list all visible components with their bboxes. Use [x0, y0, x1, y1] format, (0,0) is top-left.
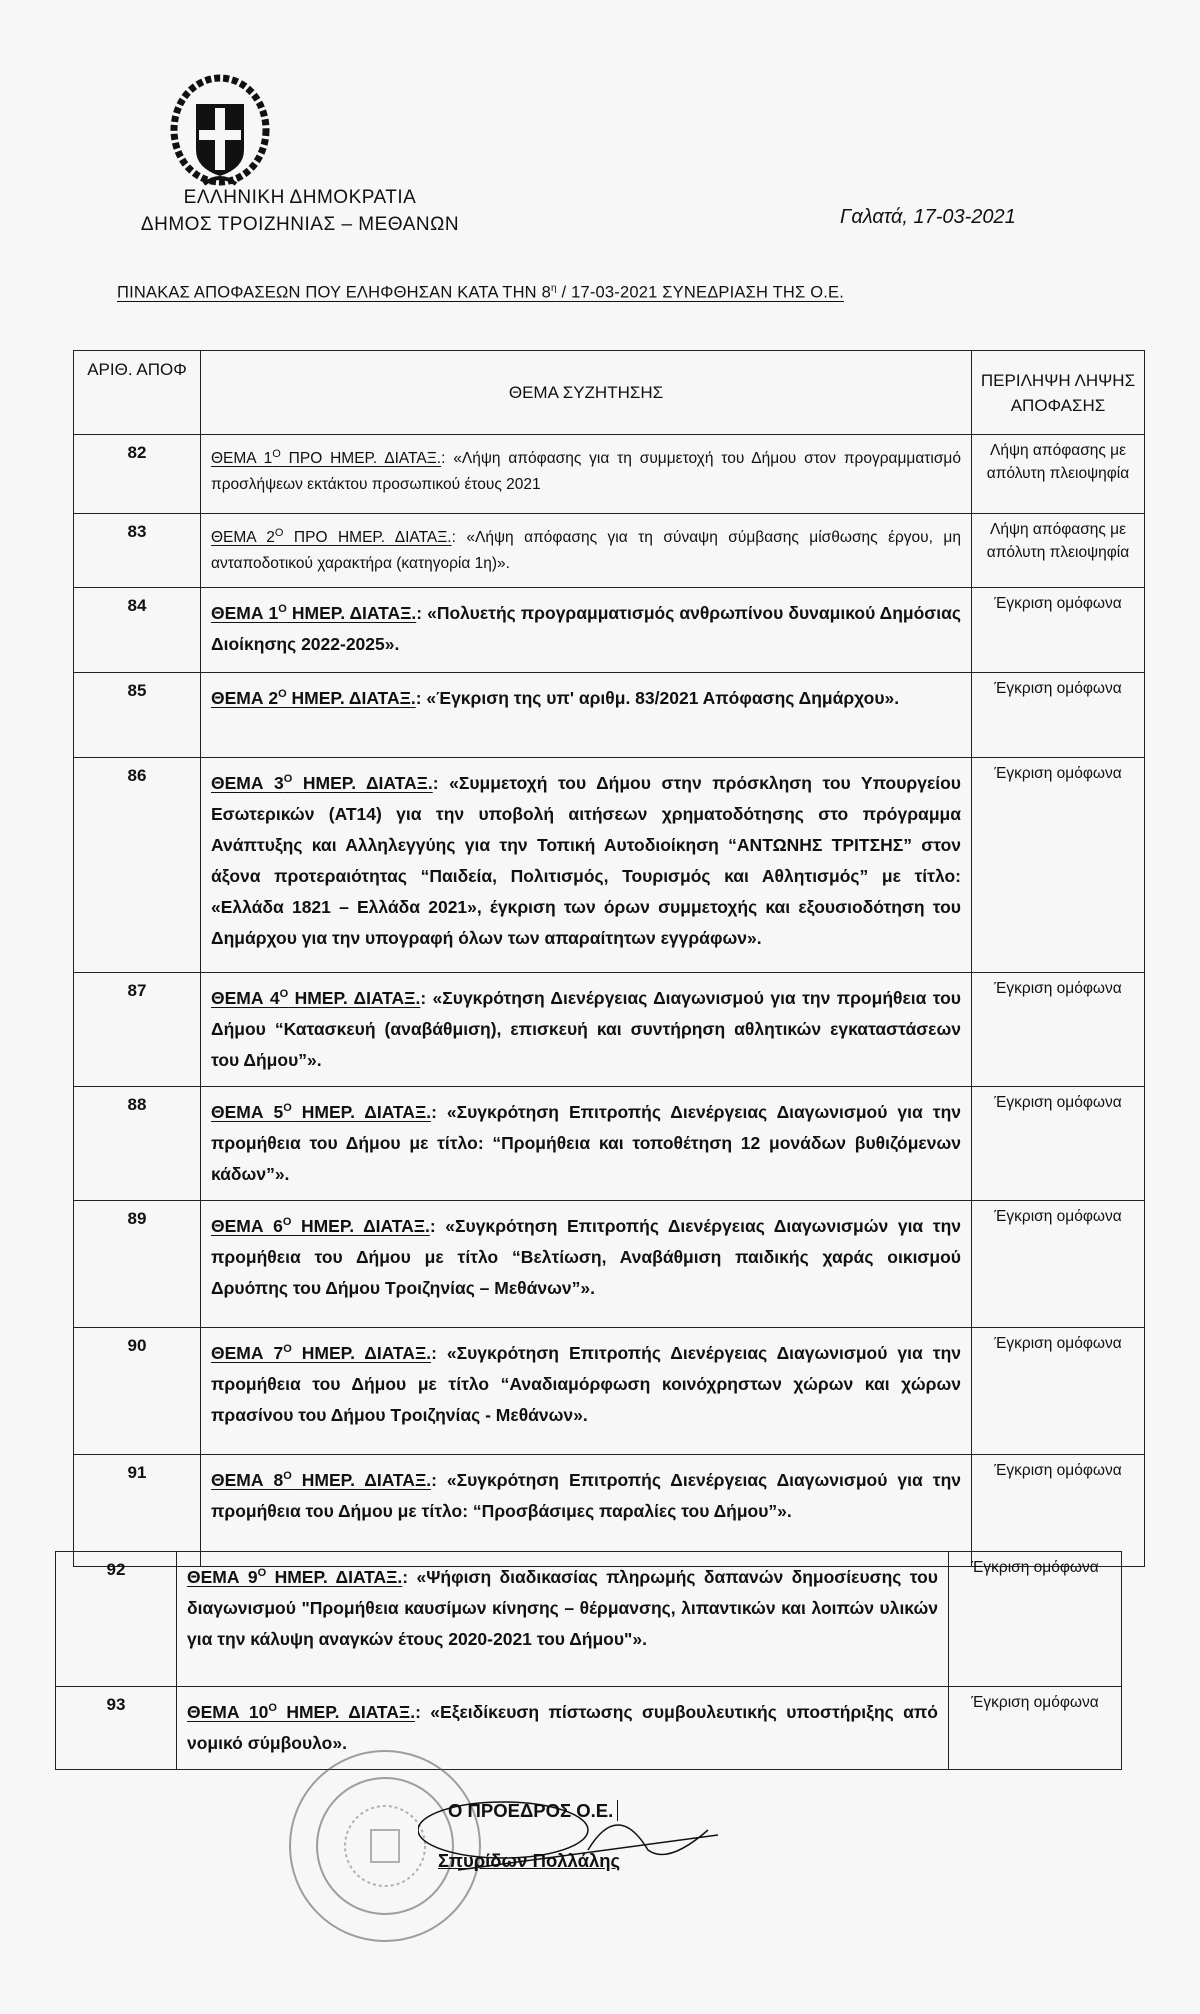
- decision-number: 89: [74, 1200, 201, 1327]
- decision-number: 84: [74, 588, 201, 673]
- subject-text: : «Συμμετοχή του Δήμου στην πρόσκληση το…: [211, 773, 961, 948]
- decision-summary: Έγκριση ομόφωνα: [972, 588, 1145, 673]
- agenda-item-label: ΘΕΜΑ 6Ο ΗΜΕΡ. ΔΙΑΤΑΞ.: [211, 1216, 430, 1236]
- agenda-item-label: ΘΕΜΑ 2Ο ΗΜΕΡ. ΔΙΑΤΑΞ.: [211, 688, 416, 708]
- decision-subject: ΘΕΜΑ 9Ο ΗΜΕΡ. ΔΙΑΤΑΞ.: «Ψήφιση διαδικασί…: [177, 1552, 949, 1687]
- decision-number: 83: [74, 514, 201, 588]
- agenda-item-label: ΘΕΜΑ 10Ο ΗΜΕΡ. ΔΙΑΤΑΞ.: [187, 1702, 415, 1722]
- decision-number: 82: [74, 435, 201, 514]
- decision-summary: Έγκριση ομόφωνα: [972, 1454, 1145, 1566]
- table-row: 86ΘΕΜΑ 3Ο ΗΜΕΡ. ΔΙΑΤΑΞ.: «Συμμετοχή του …: [74, 758, 1145, 973]
- decision-summary: Έγκριση ομόφωνα: [972, 1086, 1145, 1200]
- table-row: 90ΘΕΜΑ 7Ο ΗΜΕΡ. ΔΙΑΤΑΞ.: «Συγκρότηση Επι…: [74, 1327, 1145, 1454]
- subject-text: : «Έγκριση της υπ' αριθμ. 83/2021 Απόφασ…: [416, 688, 899, 708]
- decision-number: 93: [56, 1687, 177, 1770]
- table-header-row: ΑΡΙΘ. ΑΠΟΦ ΘΕΜΑ ΣΥΖΗΤΗΣΗΣ ΠΕΡΙΛΗΨΗ ΛΗΨΗΣ…: [74, 351, 1145, 435]
- document-date: Γαλατά, 17-03-2021: [840, 206, 1016, 229]
- decision-subject: ΘΕΜΑ 8Ο ΗΜΕΡ. ΔΙΑΤΑΞ.: «Συγκρότηση Επιτρ…: [201, 1454, 972, 1566]
- agenda-item-label: ΘΕΜΑ 8Ο ΗΜΕΡ. ΔΙΑΤΑΞ.: [211, 1470, 431, 1490]
- decision-subject: ΘΕΜΑ 1Ο ΠΡΟ ΗΜΕΡ. ΔΙΑΤΑΞ.: «Λήψη απόφαση…: [201, 435, 972, 514]
- decision-subject: ΘΕΜΑ 7Ο ΗΜΕΡ. ΔΙΑΤΑΞ.: «Συγκρότηση Επιτρ…: [201, 1327, 972, 1454]
- decision-summary: Έγκριση ομόφωνα: [972, 973, 1145, 1087]
- decision-summary: Έγκριση ομόφωνα: [972, 1200, 1145, 1327]
- agenda-item-label: ΘΕΜΑ 2Ο ΠΡΟ ΗΜΕΡ. ΔΙΑΤΑΞ.: [211, 529, 452, 546]
- table-row: 85ΘΕΜΑ 2Ο ΗΜΕΡ. ΔΙΑΤΑΞ.: «Έγκριση της υπ…: [74, 673, 1145, 758]
- decision-subject: ΘΕΜΑ 2Ο ΠΡΟ ΗΜΕΡ. ΔΙΑΤΑΞ.: «Λήψη απόφαση…: [201, 514, 972, 588]
- table-row: 87ΘΕΜΑ 4Ο ΗΜΕΡ. ΔΙΑΤΑΞ.: «Συγκρότηση Διε…: [74, 973, 1145, 1087]
- decision-number: 92: [56, 1552, 177, 1687]
- decision-summary: Έγκριση ομόφωνα: [972, 673, 1145, 758]
- agenda-item-label: ΘΕΜΑ 1Ο ΠΡΟ ΗΜΕΡ. ΔΙΑΤΑΞ.: [211, 450, 441, 467]
- decision-number: 88: [74, 1086, 201, 1200]
- decision-subject: ΘΕΜΑ 2Ο ΗΜΕΡ. ΔΙΑΤΑΞ.: «Έγκριση της υπ' …: [201, 673, 972, 758]
- agenda-item-label: ΘΕΜΑ 7Ο ΗΜΕΡ. ΔΙΑΤΑΞ.: [211, 1343, 431, 1363]
- table-row: 88ΘΕΜΑ 5Ο ΗΜΕΡ. ΔΙΑΤΑΞ.: «Συγκρότηση Επι…: [74, 1086, 1145, 1200]
- greek-emblem-icon: [166, 72, 274, 194]
- decisions-table: ΑΡΙΘ. ΑΠΟΦ ΘΕΜΑ ΣΥΖΗΤΗΣΗΣ ΠΕΡΙΛΗΨΗ ΛΗΨΗΣ…: [73, 350, 1145, 1567]
- issuer-block: ΕΛΛΗΝΙΚΗ ΔΗΜΟΚΡΑΤΙΑ ΔΗΜΟΣ ΤΡΟΙΖΗΝΙΑΣ – Μ…: [120, 184, 480, 238]
- table-row: 83ΘΕΜΑ 2Ο ΠΡΟ ΗΜΕΡ. ΔΙΑΤΑΞ.: «Λήψη απόφα…: [74, 514, 1145, 588]
- decision-number: 90: [74, 1327, 201, 1454]
- handwritten-signature-icon: [418, 1790, 718, 1880]
- header-decision-summary: ΠΕΡΙΛΗΨΗ ΛΗΨΗΣ ΑΠΟΦΑΣΗΣ: [972, 351, 1145, 435]
- table-row: 92ΘΕΜΑ 9Ο ΗΜΕΡ. ΔΙΑΤΑΞ.: «Ψήφιση διαδικα…: [56, 1552, 1122, 1687]
- decision-summary: Έγκριση ομόφωνα: [949, 1552, 1122, 1687]
- decision-number: 87: [74, 973, 201, 1087]
- table-row: 91ΘΕΜΑ 8Ο ΗΜΕΡ. ΔΙΑΤΑΞ.: «Συγκρότηση Επι…: [74, 1454, 1145, 1566]
- decision-summary: Λήψη απόφασης με απόλυτη πλειοψηφία: [972, 435, 1145, 514]
- decision-subject: ΘΕΜΑ 3Ο ΗΜΕΡ. ΔΙΑΤΑΞ.: «Συμμετοχή του Δή…: [201, 758, 972, 973]
- header-decision-number: ΑΡΙΘ. ΑΠΟΦ: [74, 351, 201, 435]
- agenda-item-label: ΘΕΜΑ 1Ο ΗΜΕΡ. ΔΙΑΤΑΞ.: [211, 603, 416, 623]
- republic-name: ΕΛΛΗΝΙΚΗ ΔΗΜΟΚΡΑΤΙΑ: [120, 184, 480, 211]
- decision-subject: ΘΕΜΑ 4Ο ΗΜΕΡ. ΔΙΑΤΑΞ.: «Συγκρότηση Διενέ…: [201, 973, 972, 1087]
- decision-summary: Έγκριση ομόφωνα: [972, 1327, 1145, 1454]
- table-row: 82ΘΕΜΑ 1Ο ΠΡΟ ΗΜΕΡ. ΔΙΑΤΑΞ.: «Λήψη απόφα…: [74, 435, 1145, 514]
- decision-summary: Έγκριση ομόφωνα: [972, 758, 1145, 973]
- table-row: 89ΘΕΜΑ 6Ο ΗΜΕΡ. ΔΙΑΤΑΞ.: «Συγκρότηση Επι…: [74, 1200, 1145, 1327]
- table-row: 93ΘΕΜΑ 10Ο ΗΜΕΡ. ΔΙΑΤΑΞ.: «Εξειδίκευση π…: [56, 1687, 1122, 1770]
- decision-subject: ΘΕΜΑ 1Ο ΗΜΕΡ. ΔΙΑΤΑΞ.: «Πολυετής προγραμ…: [201, 588, 972, 673]
- agenda-item-label: ΘΕΜΑ 4Ο ΗΜΕΡ. ΔΙΑΤΑΞ.: [211, 988, 420, 1008]
- decision-summary: Λήψη απόφασης με απόλυτη πλειοψηφία: [972, 514, 1145, 588]
- decision-subject: ΘΕΜΑ 5Ο ΗΜΕΡ. ΔΙΑΤΑΞ.: «Συγκρότηση Επιτρ…: [201, 1086, 972, 1200]
- decisions-table-continued: 92ΘΕΜΑ 9Ο ΗΜΕΡ. ΔΙΑΤΑΞ.: «Ψήφιση διαδικα…: [55, 1551, 1122, 1770]
- agenda-item-label: ΘΕΜΑ 5Ο ΗΜΕΡ. ΔΙΑΤΑΞ.: [211, 1102, 431, 1122]
- decision-number: 91: [74, 1454, 201, 1566]
- document-title: ΠΙΝΑΚΑΣ ΑΠΟΦΑΣΕΩΝ ΠΟΥ ΕΛΗΦΘΗΣΑΝ ΚΑΤΑ ΤΗΝ…: [117, 283, 844, 303]
- decision-summary: Έγκριση ομόφωνα: [949, 1687, 1122, 1770]
- agenda-item-label: ΘΕΜΑ 3Ο ΗΜΕΡ. ΔΙΑΤΑΞ.: [211, 773, 433, 793]
- header-subject: ΘΕΜΑ ΣΥΖΗΤΗΣΗΣ: [201, 351, 972, 435]
- decision-number: 85: [74, 673, 201, 758]
- agenda-item-label: ΘΕΜΑ 9Ο ΗΜΕΡ. ΔΙΑΤΑΞ.: [187, 1567, 402, 1587]
- table-row: 84ΘΕΜΑ 1Ο ΗΜΕΡ. ΔΙΑΤΑΞ.: «Πολυετής προγρ…: [74, 588, 1145, 673]
- signature-block: Ο ΠΡΟΕΔΡΟΣ Ο.Ε. Σπυρίδων Πολλάλης: [448, 1800, 618, 1822]
- decision-number: 86: [74, 758, 201, 973]
- municipality-name: ΔΗΜΟΣ ΤΡΟΙΖΗΝΙΑΣ – ΜΕΘΑΝΩΝ: [120, 211, 480, 238]
- decision-subject: ΘΕΜΑ 6Ο ΗΜΕΡ. ΔΙΑΤΑΞ.: «Συγκρότηση Επιτρ…: [201, 1200, 972, 1327]
